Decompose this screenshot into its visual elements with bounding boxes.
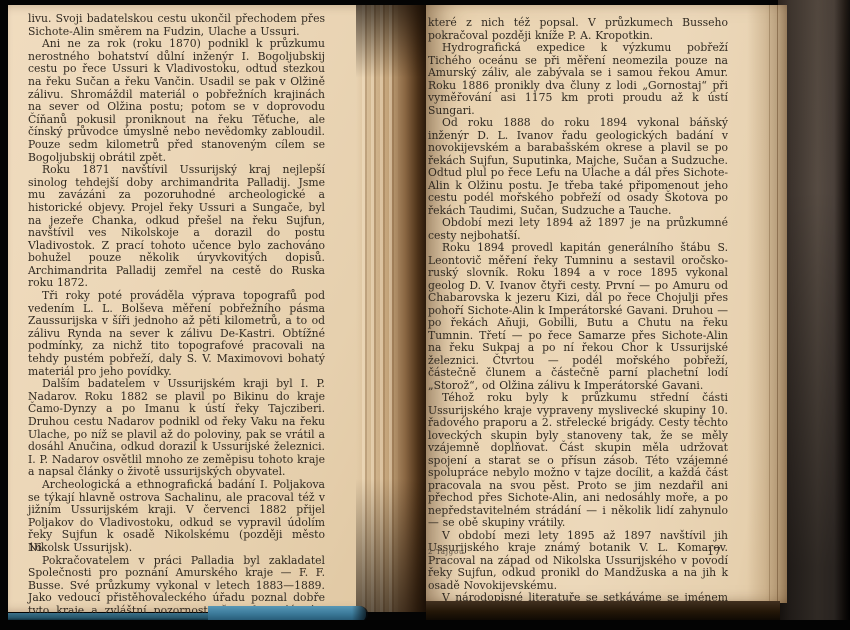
paragraph: Období mezi lety 1894 až 1897 je na průz… — [428, 217, 728, 242]
paragraph: Roku 1894 provedl kapitán generálního št… — [428, 242, 728, 392]
left-page: livu. Svoji badatelskou cestu ukončil př… — [8, 5, 415, 612]
paragraph: Hydrografická expedice k výzkumu pobřeží… — [428, 42, 728, 117]
paragraph: Roku 1871 navštívil Ussurijský kraj nejl… — [28, 164, 325, 290]
paragraph: Archeologická a ethnografická badání I. … — [28, 479, 325, 555]
book-gutter — [356, 5, 426, 612]
book-scan-photo: livu. Svoji badatelskou cestu ukončil př… — [0, 0, 850, 630]
right-page: které z nich též popsal. V průzkumech Bu… — [426, 5, 787, 603]
photo-backdrop — [778, 0, 850, 630]
paragraph: Od roku 1888 do roku 1894 vykonal báňský… — [428, 117, 728, 217]
signature-mark: 2 Tajgou — [428, 548, 464, 556]
paragraph: které z nich též popsal. V průzkumech Bu… — [428, 17, 728, 42]
page-number-left: 16 — [28, 541, 42, 554]
left-page-text-column: livu. Svoji badatelskou cestu ukončil př… — [28, 13, 325, 630]
right-page-text-column: které z nich též popsal. V průzkumech Bu… — [428, 17, 728, 630]
paragraph: livu. Svoji badatelskou cestu ukončil př… — [28, 13, 325, 38]
paragraph: Tři roky poté prováděla výprava topograf… — [28, 290, 325, 378]
paragraph: Dalším badatelem v Ussurijském kraji byl… — [28, 378, 325, 479]
paragraph: Ani ne za rok (roku 1870) podnikl k průz… — [28, 38, 325, 164]
page-fore-edge — [747, 5, 787, 603]
photo-bottom-frame — [0, 620, 850, 630]
paragraph: V období mezi lety 1895 až 1897 navštívi… — [428, 530, 728, 593]
page-number-right: 17 — [707, 545, 721, 558]
paragraph: Téhož roku byly k průzkumu střední části… — [428, 392, 728, 530]
cover-edge-teal-thin — [8, 613, 220, 620]
